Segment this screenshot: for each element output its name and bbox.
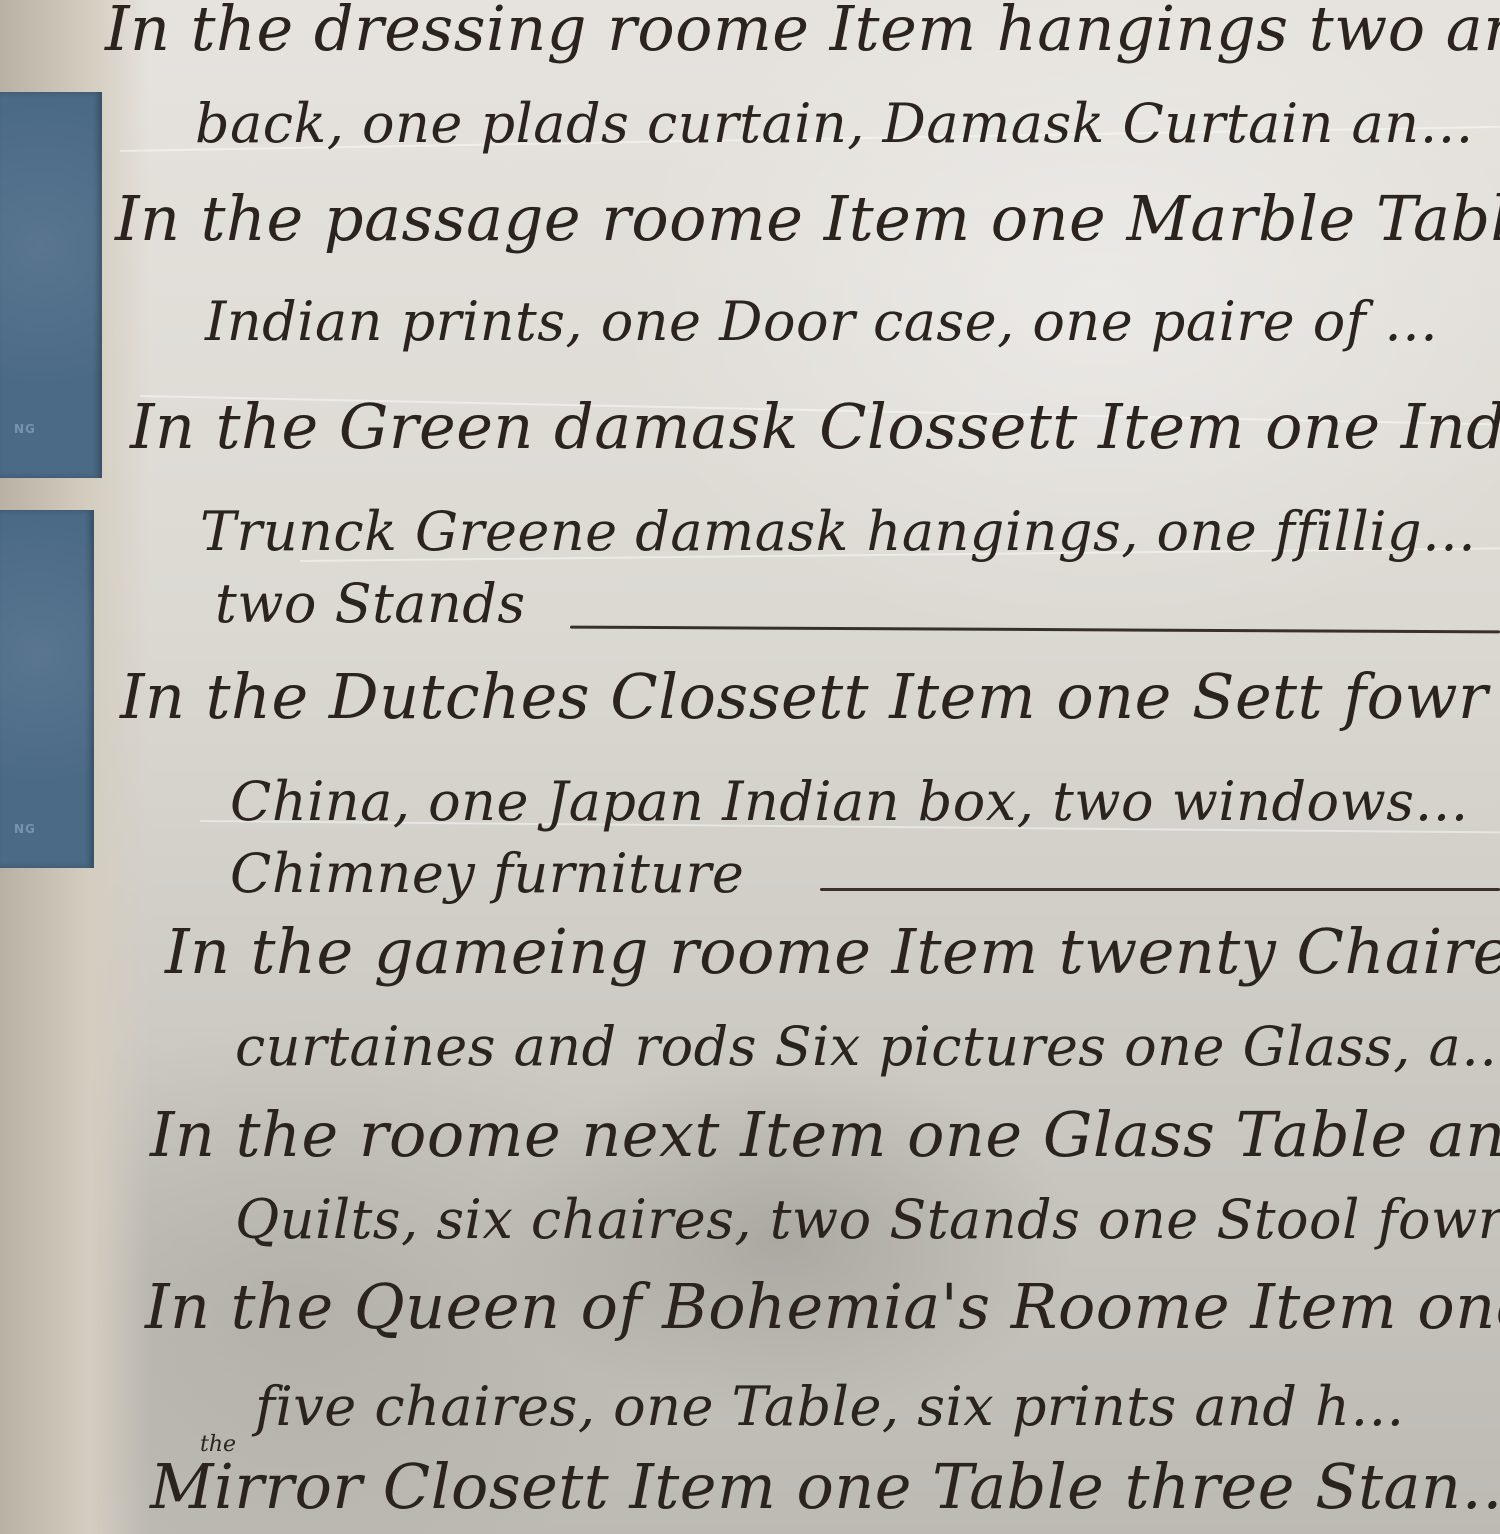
inventory-line: curtaines and rods Six pictures one Glas…	[235, 1015, 1500, 1078]
tab-stamp-text: NG	[14, 422, 36, 436]
inventory-line: In the gameing roome Item twenty Chaires…	[165, 915, 1500, 988]
tab-stamp-text: NG	[14, 822, 36, 836]
line-filler-rule	[820, 888, 1500, 891]
inventory-line: In the Dutches Clossett Item one Sett fo…	[120, 660, 1500, 733]
inventory-line: In the dressing roome Item hangings two …	[105, 0, 1500, 65]
inventory-line: Quilts, six chaires, two Stands one Stoo…	[235, 1188, 1500, 1251]
inventory-line: Mirror Closett Item one Table three Stan…	[150, 1450, 1500, 1523]
inventory-line: Indian prints, one Door case, one paire …	[205, 290, 1438, 353]
inventory-line: Trunck Greene damask hangings, one ffill…	[200, 500, 1477, 563]
inventory-line: In the Queen of Bohemia's Roome Item one…	[145, 1270, 1500, 1343]
inventory-line: China, one Japan Indian box, two windows…	[230, 770, 1469, 833]
inventory-line: In the passage roome Item one Marble Tab…	[115, 182, 1500, 255]
inventory-line: two Stands	[215, 572, 526, 635]
inventory-line: In the roome next Item one Glass Table a…	[150, 1098, 1500, 1171]
binding-tab-top: NG	[0, 92, 102, 478]
inventory-line: In the Green damask Clossett Item one In…	[130, 390, 1500, 463]
inventory-line: back, one plads curtain, Damask Curtain …	[195, 92, 1474, 155]
inventory-line: five chaires, one Table, six prints and …	[255, 1375, 1405, 1438]
inventory-line: Chimney furniture	[230, 842, 744, 905]
binding-tab-bottom: NG	[0, 510, 94, 868]
